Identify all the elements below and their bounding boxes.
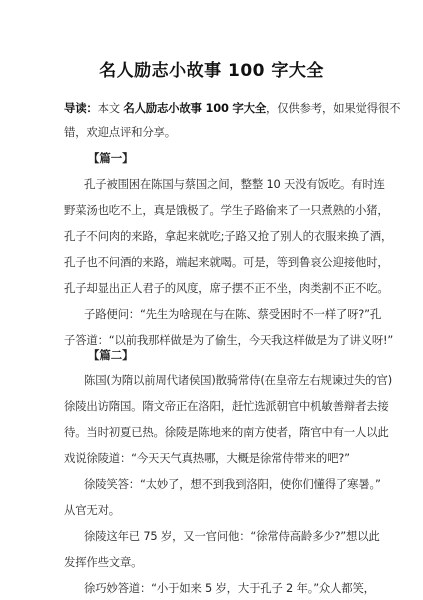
- paragraph-line: 徐陵出访隋国。隋文帝正在洛阳，赶忙选派朝官中机敏善辩者去接: [64, 398, 389, 414]
- lead-prefix: 本文: [98, 101, 124, 115]
- lead-suffix: ，仅供参考，如果觉得很不: [266, 101, 400, 115]
- paragraph-line: 子答道：“以前我那样做是为了偷生，今天我这样做是为了讲义呀!”: [64, 332, 393, 348]
- paragraph-line: 野菜汤也吃不上，真是饿极了。学生子路偷来了一只煮熟的小猪，: [64, 202, 389, 218]
- paragraph-line: 孔子被围困在陈国与蔡国之间，整整 10 天没有饭吃。有时连: [84, 176, 385, 192]
- paragraph-line: 徐陵笑答：“太妙了，想不到我到洛阳，使你们懂得了寒暑。”: [84, 476, 381, 492]
- paragraph-line: 孔子也不问酒的来路，端起来就喝。可是，等到鲁哀公迎接他时，: [64, 254, 389, 270]
- paragraph-line: 徐巧妙答道：“小于如来 5 岁，大于孔子 2 年。”众人都笑，: [84, 580, 375, 596]
- section-heading-1: 【篇一】: [88, 150, 134, 166]
- lead-paragraph-line-1: 导读：本文 名人励志小故事 100 字大全，仅供参考，如果觉得很不: [64, 100, 400, 116]
- paragraph-line: 从官无对。: [64, 502, 120, 518]
- paragraph-line: 戏说徐陵道：“今天天气真热哪，大概是徐常侍带来的吧?”: [64, 450, 350, 466]
- lead-paragraph-line-2: 错，欢迎点评和分享。: [64, 124, 176, 140]
- document-title: 名人励志小故事 100 字大全: [0, 56, 423, 81]
- paragraph-line: 孔子却显出正人君子的风度，席子摆不正不坐，肉类割不正不吃。: [64, 280, 389, 296]
- section-heading-2: 【篇二】: [88, 347, 134, 363]
- paragraph-line: 徐陵这年已 75 岁，又一官问他：“徐常侍高龄多少?”想以此: [84, 528, 380, 544]
- lead-bold-title: 名人励志小故事 100 字大全: [123, 101, 266, 115]
- paragraph-line: 陈国(为隋以前周代诸侯国)散骑常侍(在皇帝左右规谏过失的官): [84, 372, 392, 388]
- lead-label: 导读：: [64, 101, 98, 115]
- paragraph-line: 待。当时初夏已热。徐陵是陈地来的南方使者，隋官中有一人以此: [64, 424, 389, 440]
- paragraph-line: 孔子不问肉的来路，拿起来就吃;子路又抢了别人的衣服来换了酒，: [64, 228, 392, 244]
- paragraph-line: 子路便问：“先生为啥现在与在陈、蔡受困时不一样了呀?”孔: [84, 306, 381, 322]
- paragraph-line: 发挥作些文章。: [64, 554, 142, 570]
